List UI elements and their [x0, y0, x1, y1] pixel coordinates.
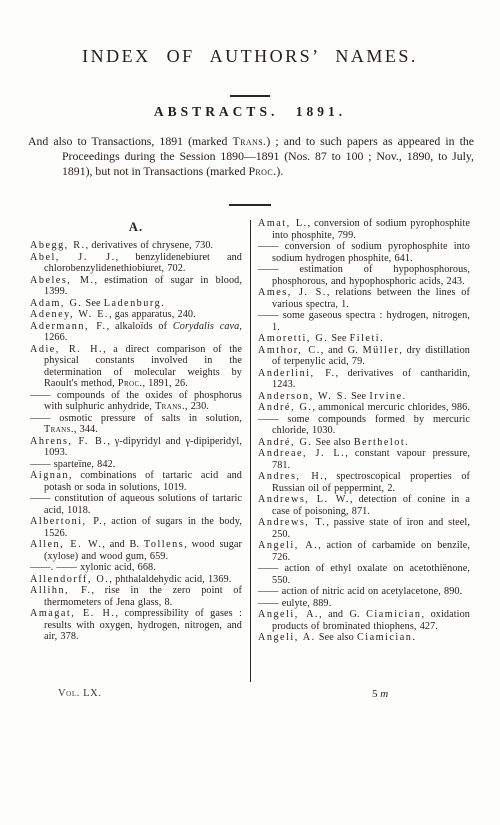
author-name: Amagat, E. H. [30, 608, 115, 619]
entry-text: —— some gaseous spectra : hydrogen, nitr… [258, 310, 470, 333]
entry-text: —— action of ethyl oxalate on acetothiën… [258, 563, 470, 586]
page-title: INDEX OF AUTHORS’ NAMES. [0, 46, 500, 67]
entry-text: —— some compounds formed by mercuric chl… [258, 414, 470, 437]
index-entry: Anderlini, F., derivatives of cantharidi… [258, 368, 470, 391]
index-entry: Allihn, F., rise in the zero point of th… [30, 585, 242, 608]
entry-text: See [82, 298, 103, 309]
author-name: Fileti [350, 333, 381, 344]
index-entry: Andrews, L. W., detection of conine in a… [258, 494, 470, 517]
entry-text: . [412, 632, 415, 643]
index-entry: Andrews, T., passive state of iron and s… [258, 517, 470, 540]
entry-text: See [328, 333, 349, 344]
author-name: Andrews, T. [258, 517, 326, 528]
index-entry: Angeli, A. See also Ciamician. [258, 632, 470, 644]
entry-text: , phthalaldehydic acid, 1369. [109, 574, 231, 585]
author-name: Angeli, A. [258, 632, 316, 643]
smallcaps-text: Proc. [118, 378, 143, 389]
entry-text: . [380, 333, 383, 344]
entry-text: . [161, 298, 164, 309]
header-divider-rule [230, 95, 270, 97]
author-name: Abel, J. J. [30, 252, 116, 263]
index-entry: —— sparteïne, 842. [30, 459, 242, 471]
signature-mark: 5 m [372, 688, 388, 700]
index-entry: Angeli, A., and G. Ciamician, oxidation … [258, 609, 470, 632]
smallcaps-text: Trans. [44, 424, 74, 435]
index-entry: Ahrens, F. B., γ-dipyridyl and γ-dipiper… [30, 436, 242, 459]
index-column-right: Amat, L., conversion of sodium pyrophosp… [258, 218, 470, 644]
entry-text: —— action of nitric acid on acetylaceton… [258, 586, 462, 597]
author-name: Abegg, R. [30, 240, 86, 251]
index-entry: Anderson, W. S. See Irvine. [258, 391, 470, 403]
entry-text: . [405, 437, 408, 448]
entry-text: , alkaloïds of [107, 321, 173, 332]
index-entry: —— estimation of hypophosphorous, phosph… [258, 264, 470, 287]
index-entry-list-right: Amat, L., conversion of sodium pyrophosp… [258, 218, 470, 644]
index-entry: Adie, R. H., a direct comparison of the … [30, 344, 242, 390]
index-entry: Abel, J. J., benzylidenebiuret and chlor… [30, 252, 242, 275]
index-entry: —— eulyte, 889. [258, 598, 470, 610]
entry-text: ——. —— xylonic acid, 668. [30, 562, 156, 573]
entry-text: ). [276, 164, 283, 178]
author-name: Andrews, L. W. [258, 494, 350, 505]
index-entry: Amagat, E. H., compressibility of gases … [30, 608, 242, 643]
index-column-left: A. Abegg, R., derivatives of chrysene, 7… [30, 218, 242, 644]
entry-text: —— osmotic pressure of salts in solution… [30, 413, 242, 424]
index-entry: —— action of ethyl oxalate on acetothiën… [258, 563, 470, 586]
author-name: André, G. [258, 437, 312, 448]
index-entry: Amat, L., conversion of sodium pyrophosp… [258, 218, 470, 241]
author-name: Albertoni, P. [30, 516, 103, 527]
index-entry: —— some compounds formed by mercuric chl… [258, 414, 470, 437]
entry-text: , derivatives of chrysene, 730. [86, 240, 214, 251]
index-entry: —— constitution of aqueous solutions of … [30, 493, 242, 516]
index-entry: Angeli, A., action of carbamide on benzi… [258, 540, 470, 563]
entry-text: , combinations of tartaric acid and pota… [44, 470, 242, 493]
author-name: Ames, J. S. [258, 287, 327, 298]
index-entry: —— conversion of sodium pyrophosphite in… [258, 241, 470, 264]
author-name: André, G. [258, 402, 312, 413]
author-name: Müller [363, 345, 400, 356]
index-entry: Allendorff, O., phthalaldehydic acid, 13… [30, 574, 242, 586]
index-entry: Ames, J. S., relations between the lines… [258, 287, 470, 310]
italic-text: m [380, 688, 388, 700]
index-entry: Allen, E. W., and B. Tollens, wood sugar… [30, 539, 242, 562]
author-name: Adie, R. H. [30, 344, 103, 355]
author-name: Allendorff, O. [30, 574, 109, 585]
volume-label: Vol. LX. [58, 688, 102, 699]
scanned-page: INDEX OF AUTHORS’ NAMES. ABSTRACTS. 1891… [0, 0, 500, 825]
entry-text: 5 [372, 688, 380, 700]
index-entry: ——. —— xylonic acid, 668. [30, 562, 242, 574]
index-entry: —— osmotic pressure of salts in solution… [30, 413, 242, 436]
index-entry: Adermann, F., alkaloïds of Corydalis cav… [30, 321, 242, 344]
author-name: Anderlini, F. [258, 368, 336, 379]
entry-text: And also to Transactions, 1891 (marked [28, 134, 233, 148]
author-name: Adermann, F. [30, 321, 107, 332]
author-name: Amthor, C. [258, 345, 321, 356]
author-name: Andres, H. [258, 471, 324, 482]
letter-section-heading: A. [30, 220, 242, 235]
index-entry: André, G., ammonical mercuric chlorides,… [258, 402, 470, 414]
author-name: Amat, L. [258, 218, 308, 229]
author-name: Berthelot [354, 437, 405, 448]
smallcaps-text: Proc. [248, 164, 276, 178]
index-entry: Amthor, C., and G. Müller, dry distillat… [258, 345, 470, 368]
italic-text: Corydalis cava [173, 321, 239, 332]
entry-text: , 1891, 26. [142, 378, 187, 389]
entry-text: , ammonical mercuric chlorides, 986. [312, 402, 470, 413]
author-name: Angeli, A. [258, 609, 319, 620]
entry-text: —— sparteïne, 842. [30, 459, 115, 470]
author-name: Ciamician [366, 609, 421, 620]
index-entry: Adeney, W. E., gas apparatus, 240. [30, 309, 242, 321]
author-name: Aignan [30, 470, 69, 481]
index-entry: Andres, H., spectroscopical properties o… [258, 471, 470, 494]
index-entry: Andreae, J. L., constant vapour pressure… [258, 448, 470, 471]
index-entry: Aignan, combinations of tartaric acid an… [30, 470, 242, 493]
index-entry: —— some gaseous spectra : hydrogen, nitr… [258, 310, 470, 333]
page-footer: Vol. LX. 5 m [30, 688, 470, 706]
entry-text: , and G. [321, 345, 363, 356]
author-name: Amoretti, G. [258, 333, 328, 344]
author-name: Ladenburg [104, 298, 161, 309]
index-entry: Abeles, M., estimation of sugar in blood… [30, 275, 242, 298]
entry-text: , and B. [102, 539, 144, 550]
column-divider-rule [250, 220, 251, 682]
entry-text: , 230. [185, 401, 209, 412]
entry-text: , gas apparatus, 240. [109, 309, 196, 320]
entry-text: . [403, 391, 406, 402]
intro-note: And also to Transactions, 1891 (marked T… [28, 134, 474, 179]
entry-text: —— estimation of hypophosphorous, phosph… [258, 264, 470, 287]
index-entry: André, G. See also Berthelot. [258, 437, 470, 449]
entry-text: , 344. [74, 424, 98, 435]
index-columns: A. Abegg, R., derivatives of chrysene, 7… [30, 218, 470, 644]
author-name: Andreae, J. L. [258, 448, 345, 459]
index-entry: Amoretti, G. See Fileti. [258, 333, 470, 345]
author-name: Tollens [144, 539, 184, 550]
index-entry: Abegg, R., derivatives of chrysene, 730. [30, 240, 242, 252]
entry-text: —— eulyte, 889. [258, 598, 331, 609]
entry-text: See also [312, 437, 353, 448]
index-entry: Albertoni, P., action of sugars in the b… [30, 516, 242, 539]
entry-text: See also [316, 632, 357, 643]
author-name: Allihn, F. [30, 585, 92, 596]
index-divider-rule [229, 204, 271, 206]
entry-text: —— compounds of the oxides of phosphorus… [30, 390, 242, 413]
entry-text: —— constitution of aqueous solutions of … [30, 493, 242, 516]
author-name: Angeli, A. [258, 540, 318, 551]
author-name: Abeles, M. [30, 275, 94, 286]
author-name: Anderson, W. S. [258, 391, 348, 402]
entry-text: , and G. [319, 609, 366, 620]
index-entry: —— action of nitric acid on acetylaceton… [258, 586, 470, 598]
smallcaps-text: Trans. [233, 134, 267, 148]
author-name: Ciamician [357, 632, 412, 643]
smallcaps-text: Trans. [155, 401, 185, 412]
author-name: Adam, G. [30, 298, 82, 309]
index-entry: —— compounds of the oxides of phosphorus… [30, 390, 242, 413]
author-name: Adeney, W. E. [30, 309, 109, 320]
abstracts-heading: ABSTRACTS. 1891. [0, 104, 500, 120]
author-name: Irvine [369, 391, 402, 402]
author-name: Ahrens, F. B. [30, 436, 107, 447]
entry-text: See [348, 391, 369, 402]
entry-text: —— conversion of sodium pyrophosphite in… [258, 241, 470, 264]
index-entry-list-left: Abegg, R., derivatives of chrysene, 730.… [30, 240, 242, 643]
index-entry: Adam, G. See Ladenburg. [30, 298, 242, 310]
author-name: Allen, E. W. [30, 539, 102, 550]
